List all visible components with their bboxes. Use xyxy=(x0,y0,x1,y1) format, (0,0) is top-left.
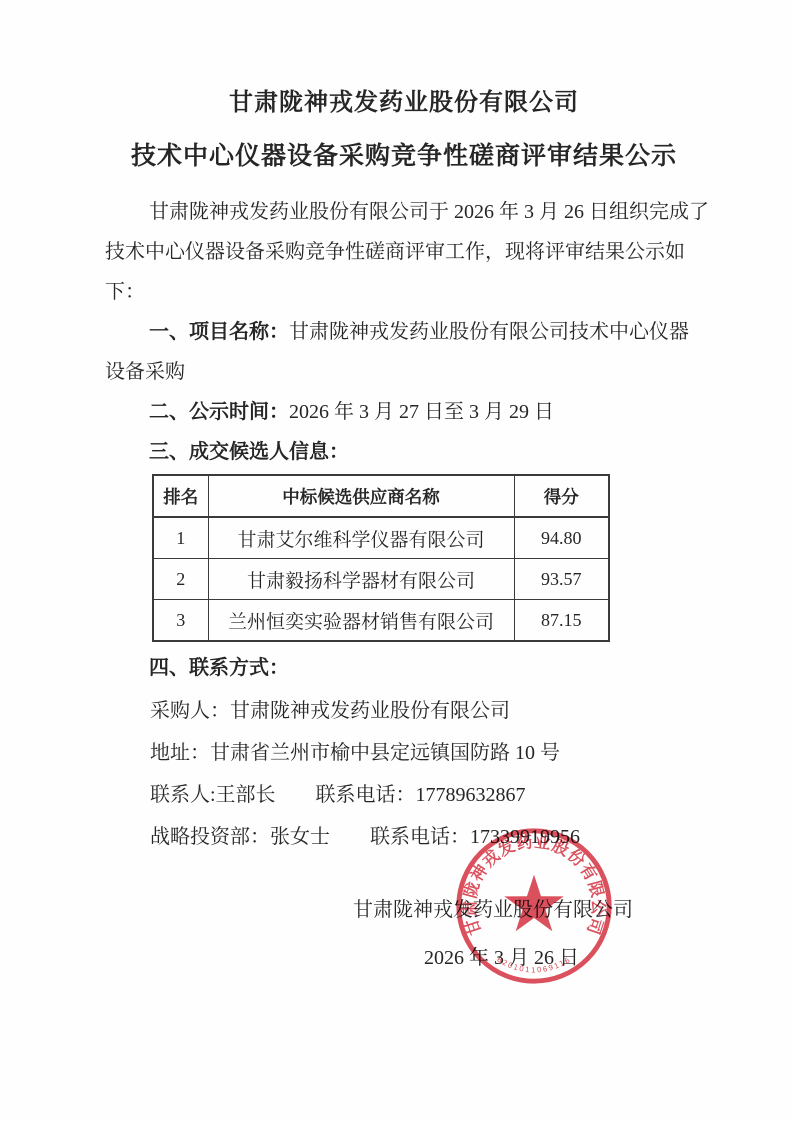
rank-cell: 3 xyxy=(153,600,208,642)
contact-address: 地址：甘肃省兰州市榆中县定远镇国防路 10 号 xyxy=(150,732,703,774)
score-cell: 94.80 xyxy=(514,517,609,559)
section-3-candidates-heading: 三、成交候选人信息： xyxy=(105,432,703,472)
header-rank: 排名 xyxy=(153,475,208,517)
contact-purchaser: 采购人：甘肃陇神戎发药业股份有限公司 xyxy=(150,690,703,732)
section-2-text: 2026 年 3 月 27 日至 3 月 29 日 xyxy=(289,401,554,423)
header-score: 得分 xyxy=(514,475,609,517)
table-row: 1 甘肃艾尔维科学仪器有限公司 94.80 xyxy=(153,517,609,559)
contact-person-phone: 联系人:王部长 联系电话：17789632867 xyxy=(150,774,703,816)
section-1-text: 甘肃陇神戎发药业股份有限公司技术中心仪器 xyxy=(289,321,689,343)
intro-line-3: 下： xyxy=(105,272,703,312)
document-page: 甘肃陇神戎发药业股份有限公司 技术中心仪器设备采购竞争性磋商评审结果公示 甘肃陇… xyxy=(0,0,793,1122)
supplier-cell: 兰州恒奕实验器材销售有限公司 xyxy=(208,600,514,642)
intro-line-2: 技术中心仪器设备采购竞争性磋商评审工作，现将评审结果公示如 xyxy=(105,232,703,272)
rank-cell: 2 xyxy=(153,559,208,600)
rank-cell: 1 xyxy=(153,517,208,559)
section-1-project-name: 一、项目名称：甘肃陇神戎发药业股份有限公司技术中心仪器 xyxy=(105,312,703,352)
table-row: 3 兰州恒奕实验器材销售有限公司 87.15 xyxy=(153,600,609,642)
candidates-table: 排名 中标候选供应商名称 得分 1 甘肃艾尔维科学仪器有限公司 94.80 2 … xyxy=(152,474,610,642)
section-4-contact-heading: 四、联系方式： xyxy=(105,648,703,688)
supplier-cell: 甘肃艾尔维科学仪器有限公司 xyxy=(208,517,514,559)
section-3-label: 三、成交候选人信息： xyxy=(149,441,349,463)
section-4-label: 四、联系方式： xyxy=(149,657,289,679)
seal-serial-number: 6201011069116 xyxy=(495,955,572,975)
company-seal-stamp: 甘肃陇神戎发药业股份有限公司 6201011069116 xyxy=(451,823,617,989)
table-row: 2 甘肃毅扬科学器材有限公司 93.57 xyxy=(153,559,609,600)
intro-line-1: 甘肃陇神戎发药业股份有限公司于 2026 年 3 月 26 日组织完成了 xyxy=(105,192,703,232)
section-2-label: 二、公示时间： xyxy=(149,401,289,423)
score-cell: 87.15 xyxy=(514,600,609,642)
doc-title-line2: 技术中心仪器设备采购竞争性磋商评审结果公示 xyxy=(105,140,703,174)
supplier-cell: 甘肃毅扬科学器材有限公司 xyxy=(208,559,514,600)
section-1-text-wrap: 设备采购 xyxy=(105,352,703,392)
contact-dept-phone: 战略投资部：张女士 联系电话：17339919956 xyxy=(150,816,703,858)
doc-title-line1: 甘肃陇神戎发药业股份有限公司 xyxy=(105,86,703,120)
header-supplier: 中标候选供应商名称 xyxy=(208,475,514,517)
seal-star-icon xyxy=(504,875,563,932)
section-1-label: 一、项目名称： xyxy=(149,321,289,343)
section-2-publicity-time: 二、公示时间：2026 年 3 月 27 日至 3 月 29 日 xyxy=(105,392,703,432)
score-cell: 93.57 xyxy=(514,559,609,600)
table-header-row: 排名 中标候选供应商名称 得分 xyxy=(153,475,609,517)
